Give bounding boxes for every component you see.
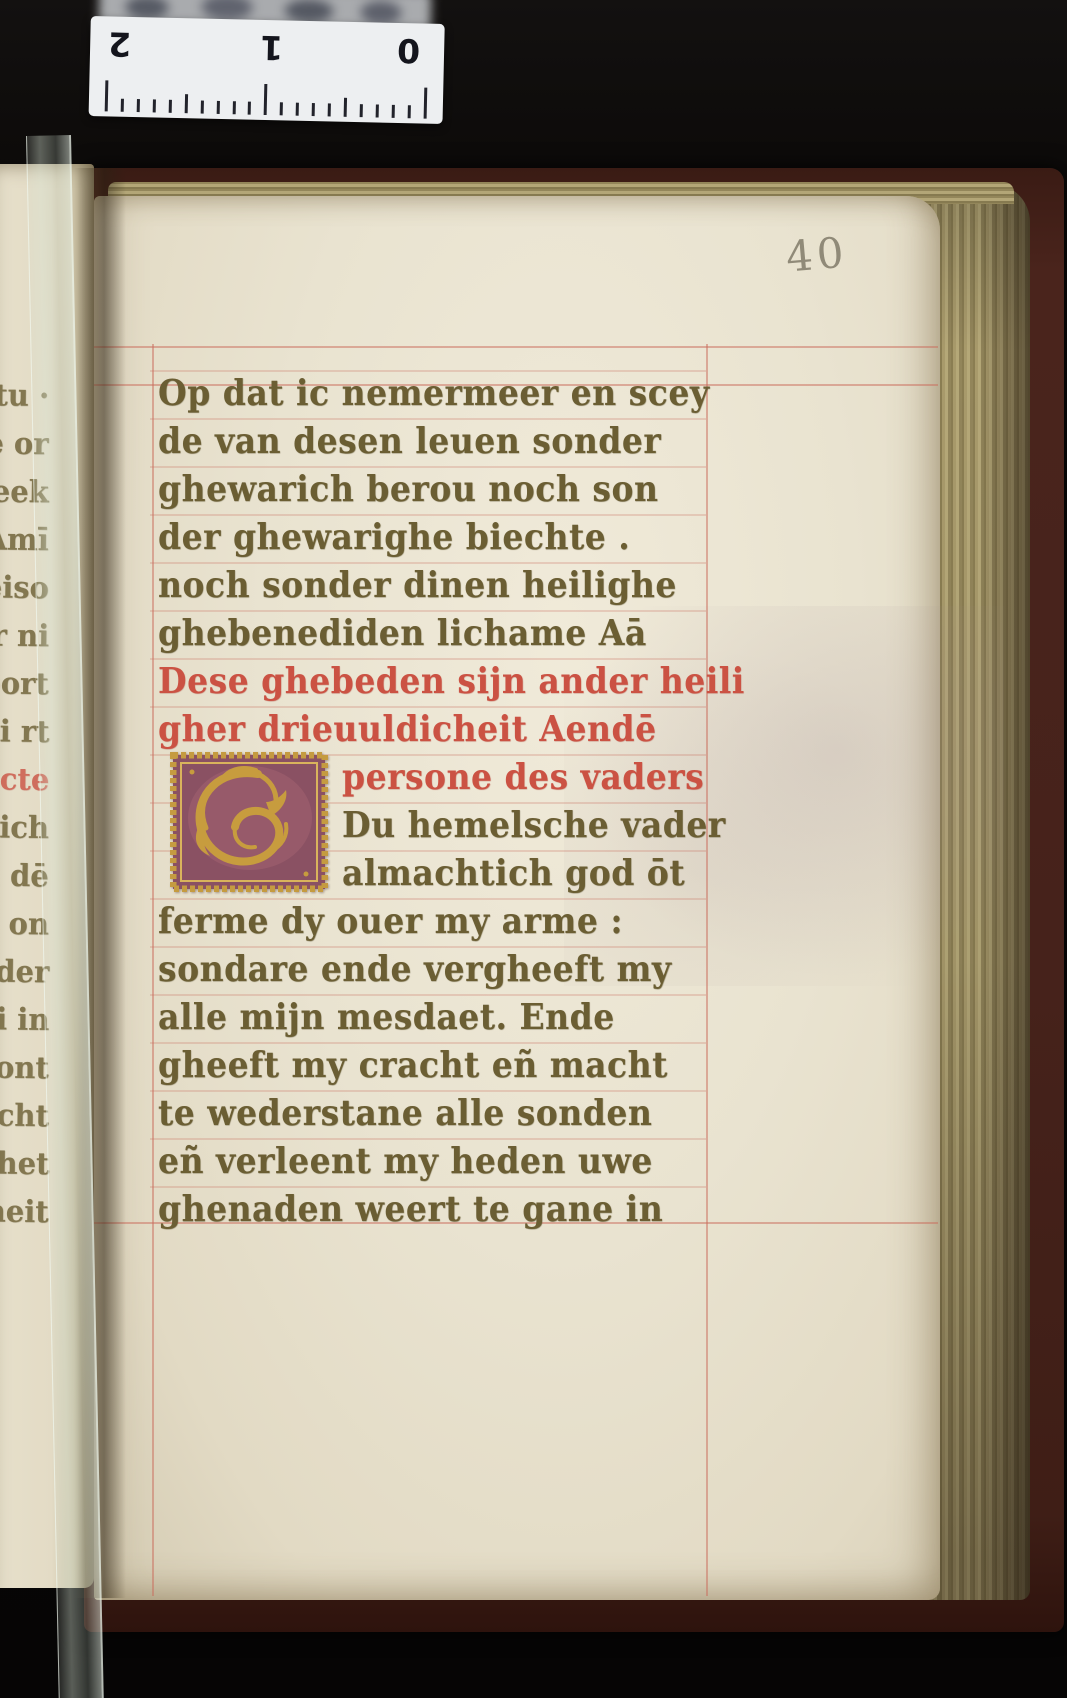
ruler-tick (376, 104, 379, 117)
page-fragment: hi in (0, 1001, 49, 1038)
ruler-face: 2 1 0 (89, 16, 445, 124)
ruler-tick (152, 99, 155, 112)
ruler-tick (200, 101, 203, 114)
manuscript-photo-scene: 40 Op dat ic n (0, 0, 1067, 1698)
ruler-tick (264, 84, 268, 115)
manuscript-page (94, 196, 940, 1600)
page-fragment: r ander (0, 952, 49, 989)
ruler-tick (137, 99, 140, 112)
ruler-tick (121, 99, 124, 112)
ruler-ticks (105, 77, 428, 118)
ruler-tick (407, 105, 410, 118)
page-fragment: ns het (0, 1144, 49, 1181)
ruler-tick (391, 105, 394, 118)
ruler-tick (312, 103, 315, 116)
ruler-number: 0 (397, 31, 421, 71)
ruler-tick (280, 102, 283, 115)
ruler-tick (216, 101, 219, 114)
page-fragment: ncheit (0, 1192, 49, 1229)
ruler-number: 2 (108, 24, 132, 64)
ruler-tick (184, 94, 187, 113)
ruler-tick (344, 98, 347, 117)
parchment-discoloration (564, 606, 1004, 986)
ruler-number: 1 (260, 28, 284, 68)
ruler-tick (328, 103, 331, 116)
ruler-tick (105, 80, 109, 111)
scale-ruler: 2 1 0 (89, 0, 446, 126)
ruler-tick (248, 102, 251, 115)
ruler-tick (168, 100, 171, 113)
ruler-tick (360, 104, 363, 117)
page-fragment: erlicht (0, 1096, 49, 1133)
page-fragment: sen ont (0, 1048, 49, 1085)
ruler-tick (296, 103, 299, 116)
ruler-tick (423, 88, 427, 119)
ruler-tick (232, 101, 235, 114)
